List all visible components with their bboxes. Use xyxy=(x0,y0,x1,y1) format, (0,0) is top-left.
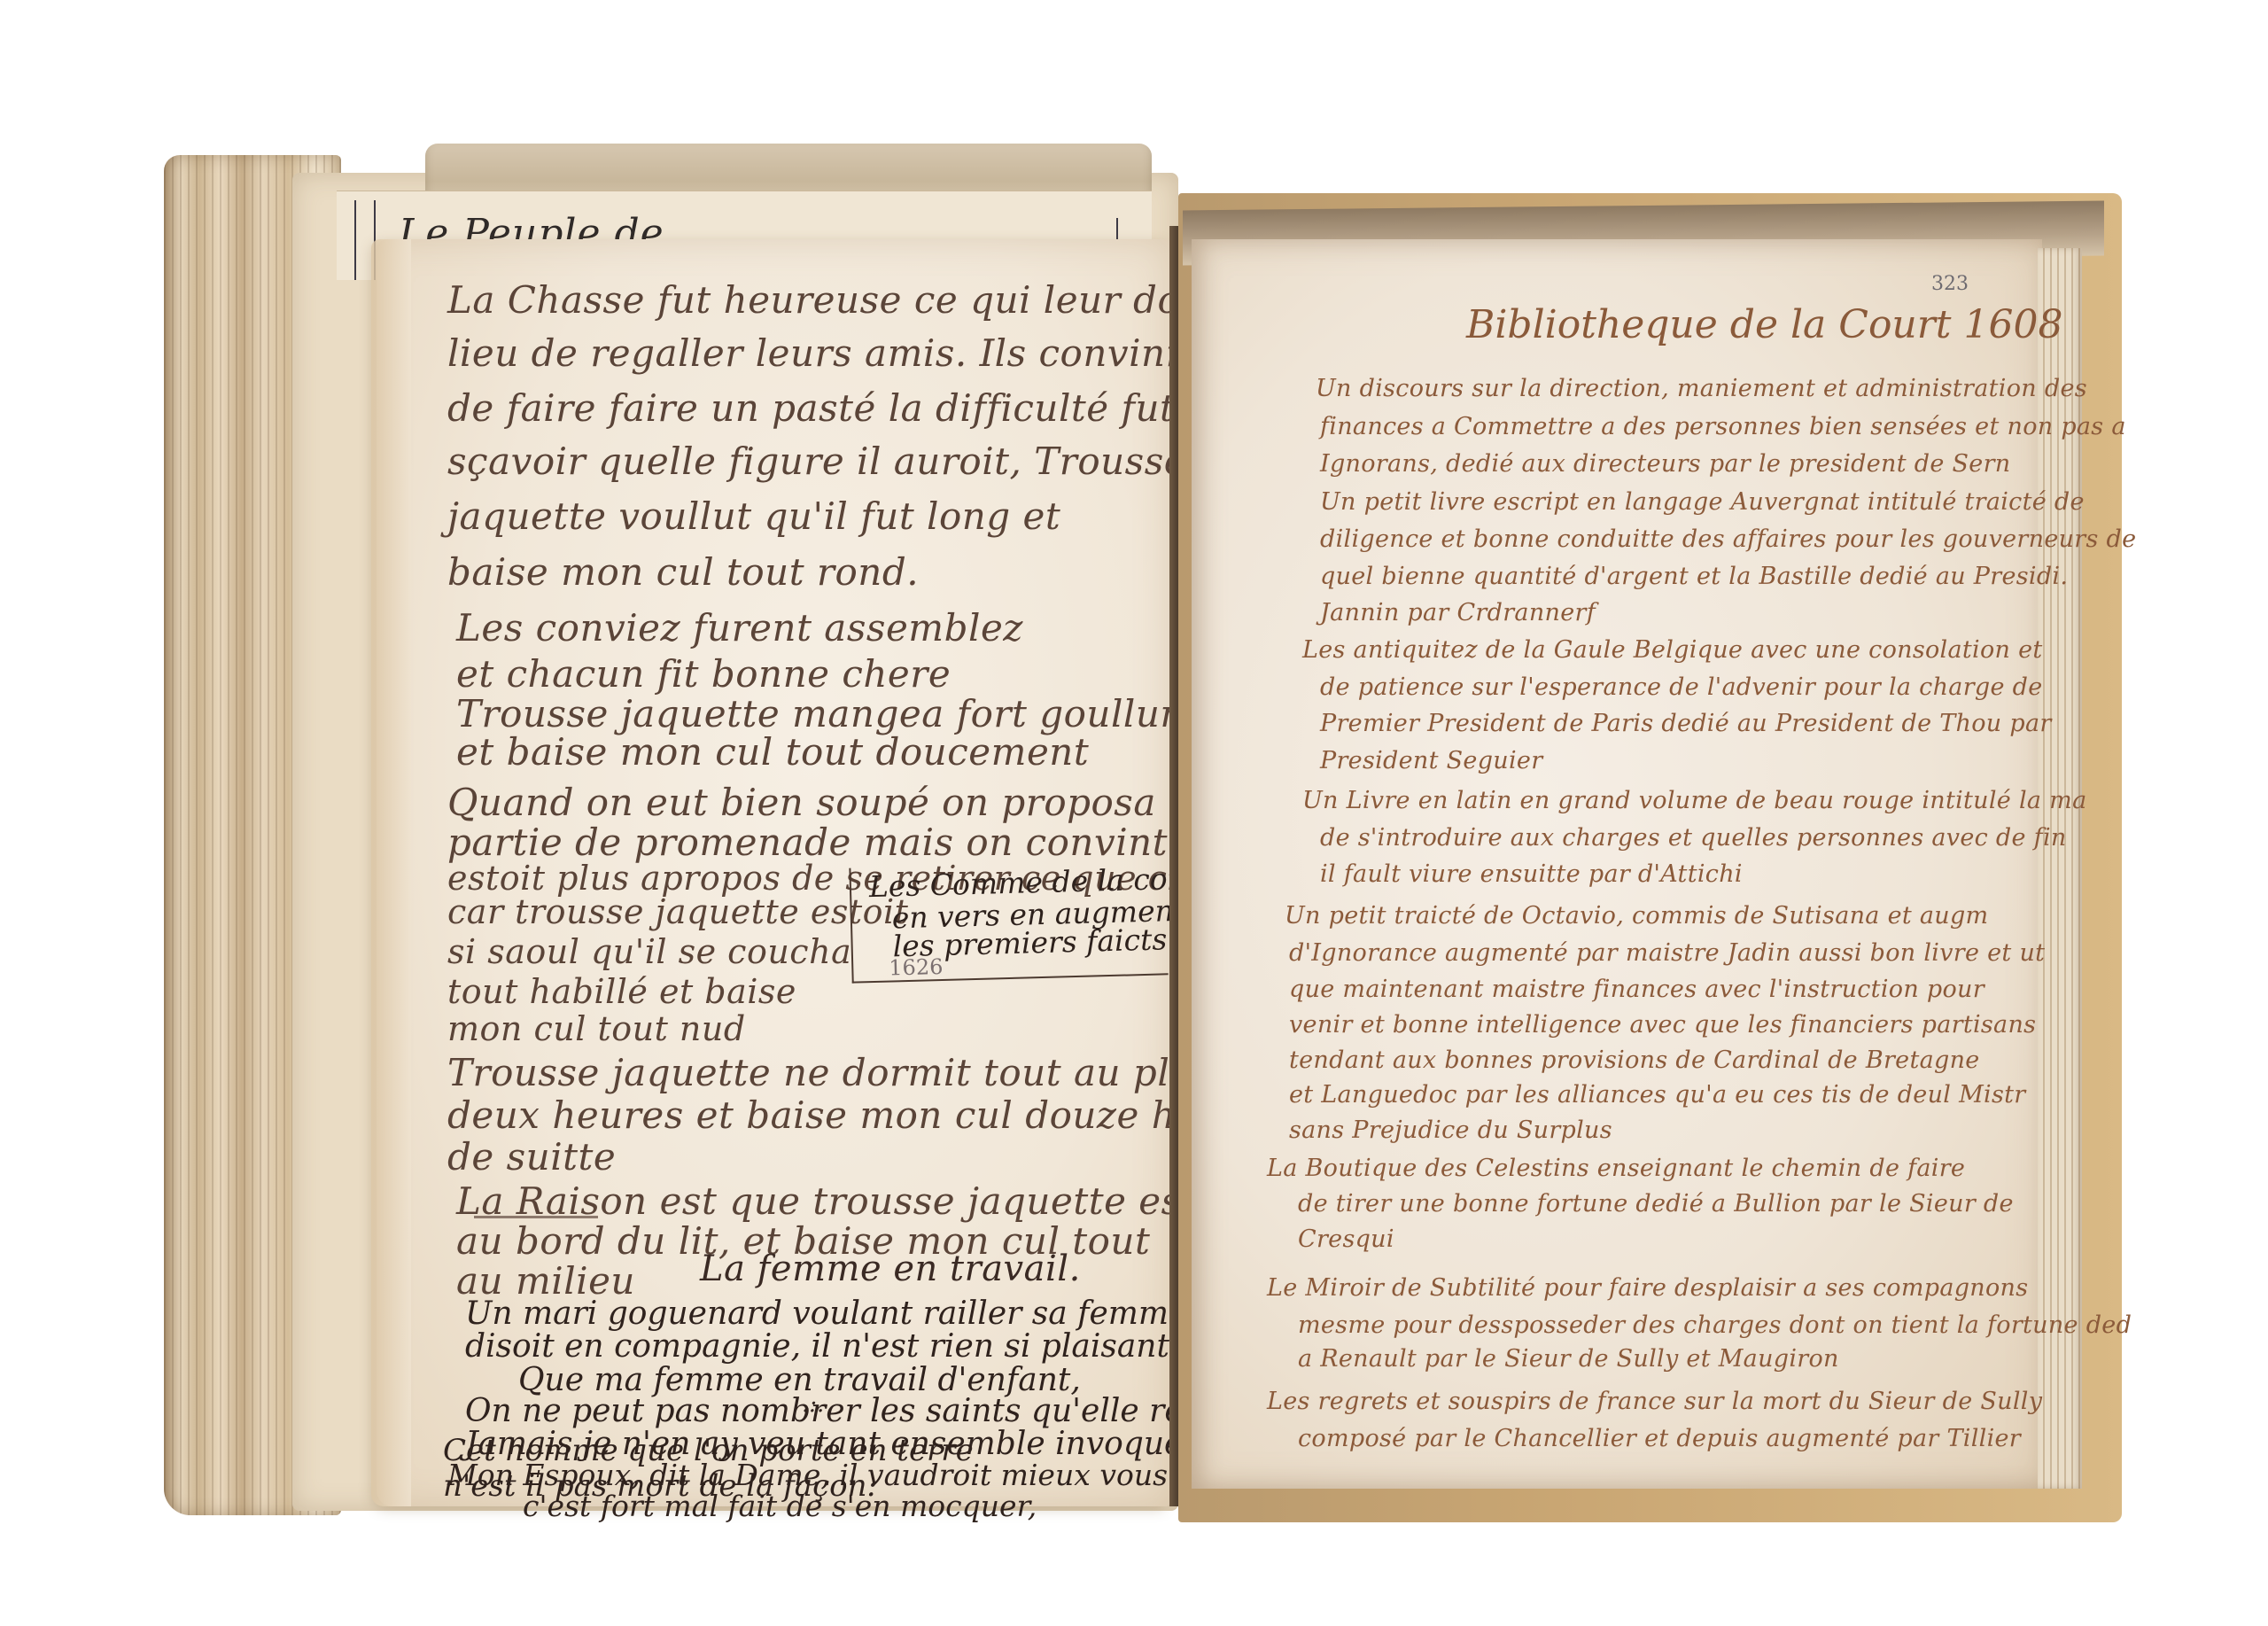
ruled-margin-line xyxy=(354,200,356,280)
entry-line: sans Prejudice du Surplus xyxy=(1289,1118,1612,1142)
entry-line: Cresqui xyxy=(1298,1227,1394,1251)
ornament: .:. xyxy=(802,1393,824,1416)
text-line: baise mon cul tout rond. xyxy=(447,554,919,591)
entry-line: de patience sur l'esperance de l'advenir… xyxy=(1320,675,2043,699)
entry-line: et Languedoc par les alliances qu'a eu c… xyxy=(1289,1083,2025,1107)
poem-line: Que ma femme en travail d'enfant, xyxy=(518,1365,1081,1396)
text-line: et chacun fit bonne chere xyxy=(456,656,951,693)
text-line: et baise mon cul tout doucement xyxy=(456,734,1089,771)
lower-sheet-line: n'est il pas mort de la façon: xyxy=(443,1471,877,1501)
entry-line: de s'introduire aux charges et quelles p… xyxy=(1320,826,2067,850)
entry-line: de tirer une bonne fortune dedié a Bulli… xyxy=(1298,1192,2014,1216)
entry-line: d'Ignorance augmenté par maistre Jadin a… xyxy=(1289,941,2045,965)
entry-line: Un Livre en latin en grand volume de bea… xyxy=(1302,789,2086,813)
text-line: au milieu xyxy=(456,1263,635,1300)
entry-line: Ignorans, dedié aux directeurs par le pr… xyxy=(1320,452,2010,476)
entry-line: tendant aux bonnes provisions de Cardina… xyxy=(1289,1048,1980,1072)
text-line: lieu de regaller leurs amis. Ils convinr… xyxy=(447,335,1246,372)
page-title: Bibliotheque de la Court 1608 xyxy=(1466,306,2062,345)
entry-line: venir et bonne intelligence avec que les… xyxy=(1289,1013,2036,1037)
text-line: La Raison est que trousse jaquette estoi… xyxy=(456,1183,1247,1220)
text-line: jaquette voullut qu'il fut long et xyxy=(447,498,1060,535)
text-line: La Chasse fut heureuse ce qui leur donna xyxy=(447,282,1252,319)
text-line: partie de promenade mais on convint qu'i… xyxy=(447,824,1264,861)
entry-line: Les antiquitez de la Gaule Belgique avec… xyxy=(1302,638,2043,662)
divider-stroke xyxy=(474,1216,598,1218)
text-line: sçavoir quelle figure il auroit, Trousse xyxy=(447,443,1186,480)
text-line: Quand on eut bien soupé on proposa une xyxy=(447,784,1239,821)
entry-line: Jannin par Crdrannerf xyxy=(1320,601,1596,625)
text-line: de suitte xyxy=(447,1139,616,1176)
entry-line: composé par le Chancellier et depuis aug… xyxy=(1298,1427,2021,1451)
text-line: de faire faire un pasté la difficulté fu… xyxy=(447,390,1234,427)
entry-line: diligence et bonne conduitte des affaire… xyxy=(1320,527,2136,551)
text-line: Trousse jaquette mangea fort goullument xyxy=(456,696,1258,733)
entry-line: Premier President de Paris dedié au Pres… xyxy=(1320,712,2052,735)
lower-sheet-line: Cet homme que l'on porte en terre xyxy=(443,1435,974,1466)
note-year: 1626 xyxy=(889,954,944,981)
entry-line: finances a Commettre a des personnes bie… xyxy=(1320,415,2126,439)
boxed-marginal-note: Les Comme de la court en vers en augment… xyxy=(849,860,1168,983)
page-number: 323 xyxy=(1931,275,1969,294)
text-line: si saoul qu'il se coucha xyxy=(447,935,851,969)
entry-line: que maintenant maistre finances avec l'i… xyxy=(1289,977,1984,1001)
entry-line: La Boutique des Celestins enseignant le … xyxy=(1267,1156,1965,1180)
entry-line: quel bienne quantité d'argent et la Bast… xyxy=(1320,564,2068,588)
entry-line: Un petit traicté de Octavio, commis de S… xyxy=(1285,904,1988,928)
entry-line: mesme pour dessposseder des charges dont… xyxy=(1298,1313,2132,1337)
entry-line: President Seguier xyxy=(1320,749,1542,773)
entry-line: il fault viure ensuitte par d'Attichi xyxy=(1320,862,1743,886)
text-line: deux heures et baise mon cul douze heure… xyxy=(447,1097,1283,1134)
entry-line: Un petit livre escript en langage Auverg… xyxy=(1320,490,2085,514)
entry-line: Un discours sur la direction, maniement … xyxy=(1316,377,2087,401)
text-line: car trousse jaquette estoit xyxy=(447,895,908,929)
poem-line: On ne peut pas nombrer les saints qu'ell… xyxy=(465,1396,1279,1428)
manuscript-photo: Le Peuple de ... La Chasse fut heureuse … xyxy=(0,0,2268,1626)
poem-line: Un mari goguenard voulant railler sa fem… xyxy=(465,1298,1199,1330)
entry-line: Les regrets et souspirs de france sur la… xyxy=(1267,1389,2042,1413)
deckle-edge xyxy=(371,239,411,1506)
text-line: tout habillé et baise xyxy=(447,975,796,1008)
entry-line: Le Miroir de Subtilité pour faire despla… xyxy=(1267,1276,2028,1300)
text-line: Les conviez furent assemblez xyxy=(456,610,1023,647)
text-line: mon cul tout nud xyxy=(447,1012,746,1046)
section-heading: La femme en travail. xyxy=(700,1251,1081,1287)
poem-line: disoit en compagnie, il n'est rien si pl… xyxy=(465,1331,1169,1363)
entry-line: a Renault par le Sieur de Sully et Maugi… xyxy=(1298,1347,1839,1371)
